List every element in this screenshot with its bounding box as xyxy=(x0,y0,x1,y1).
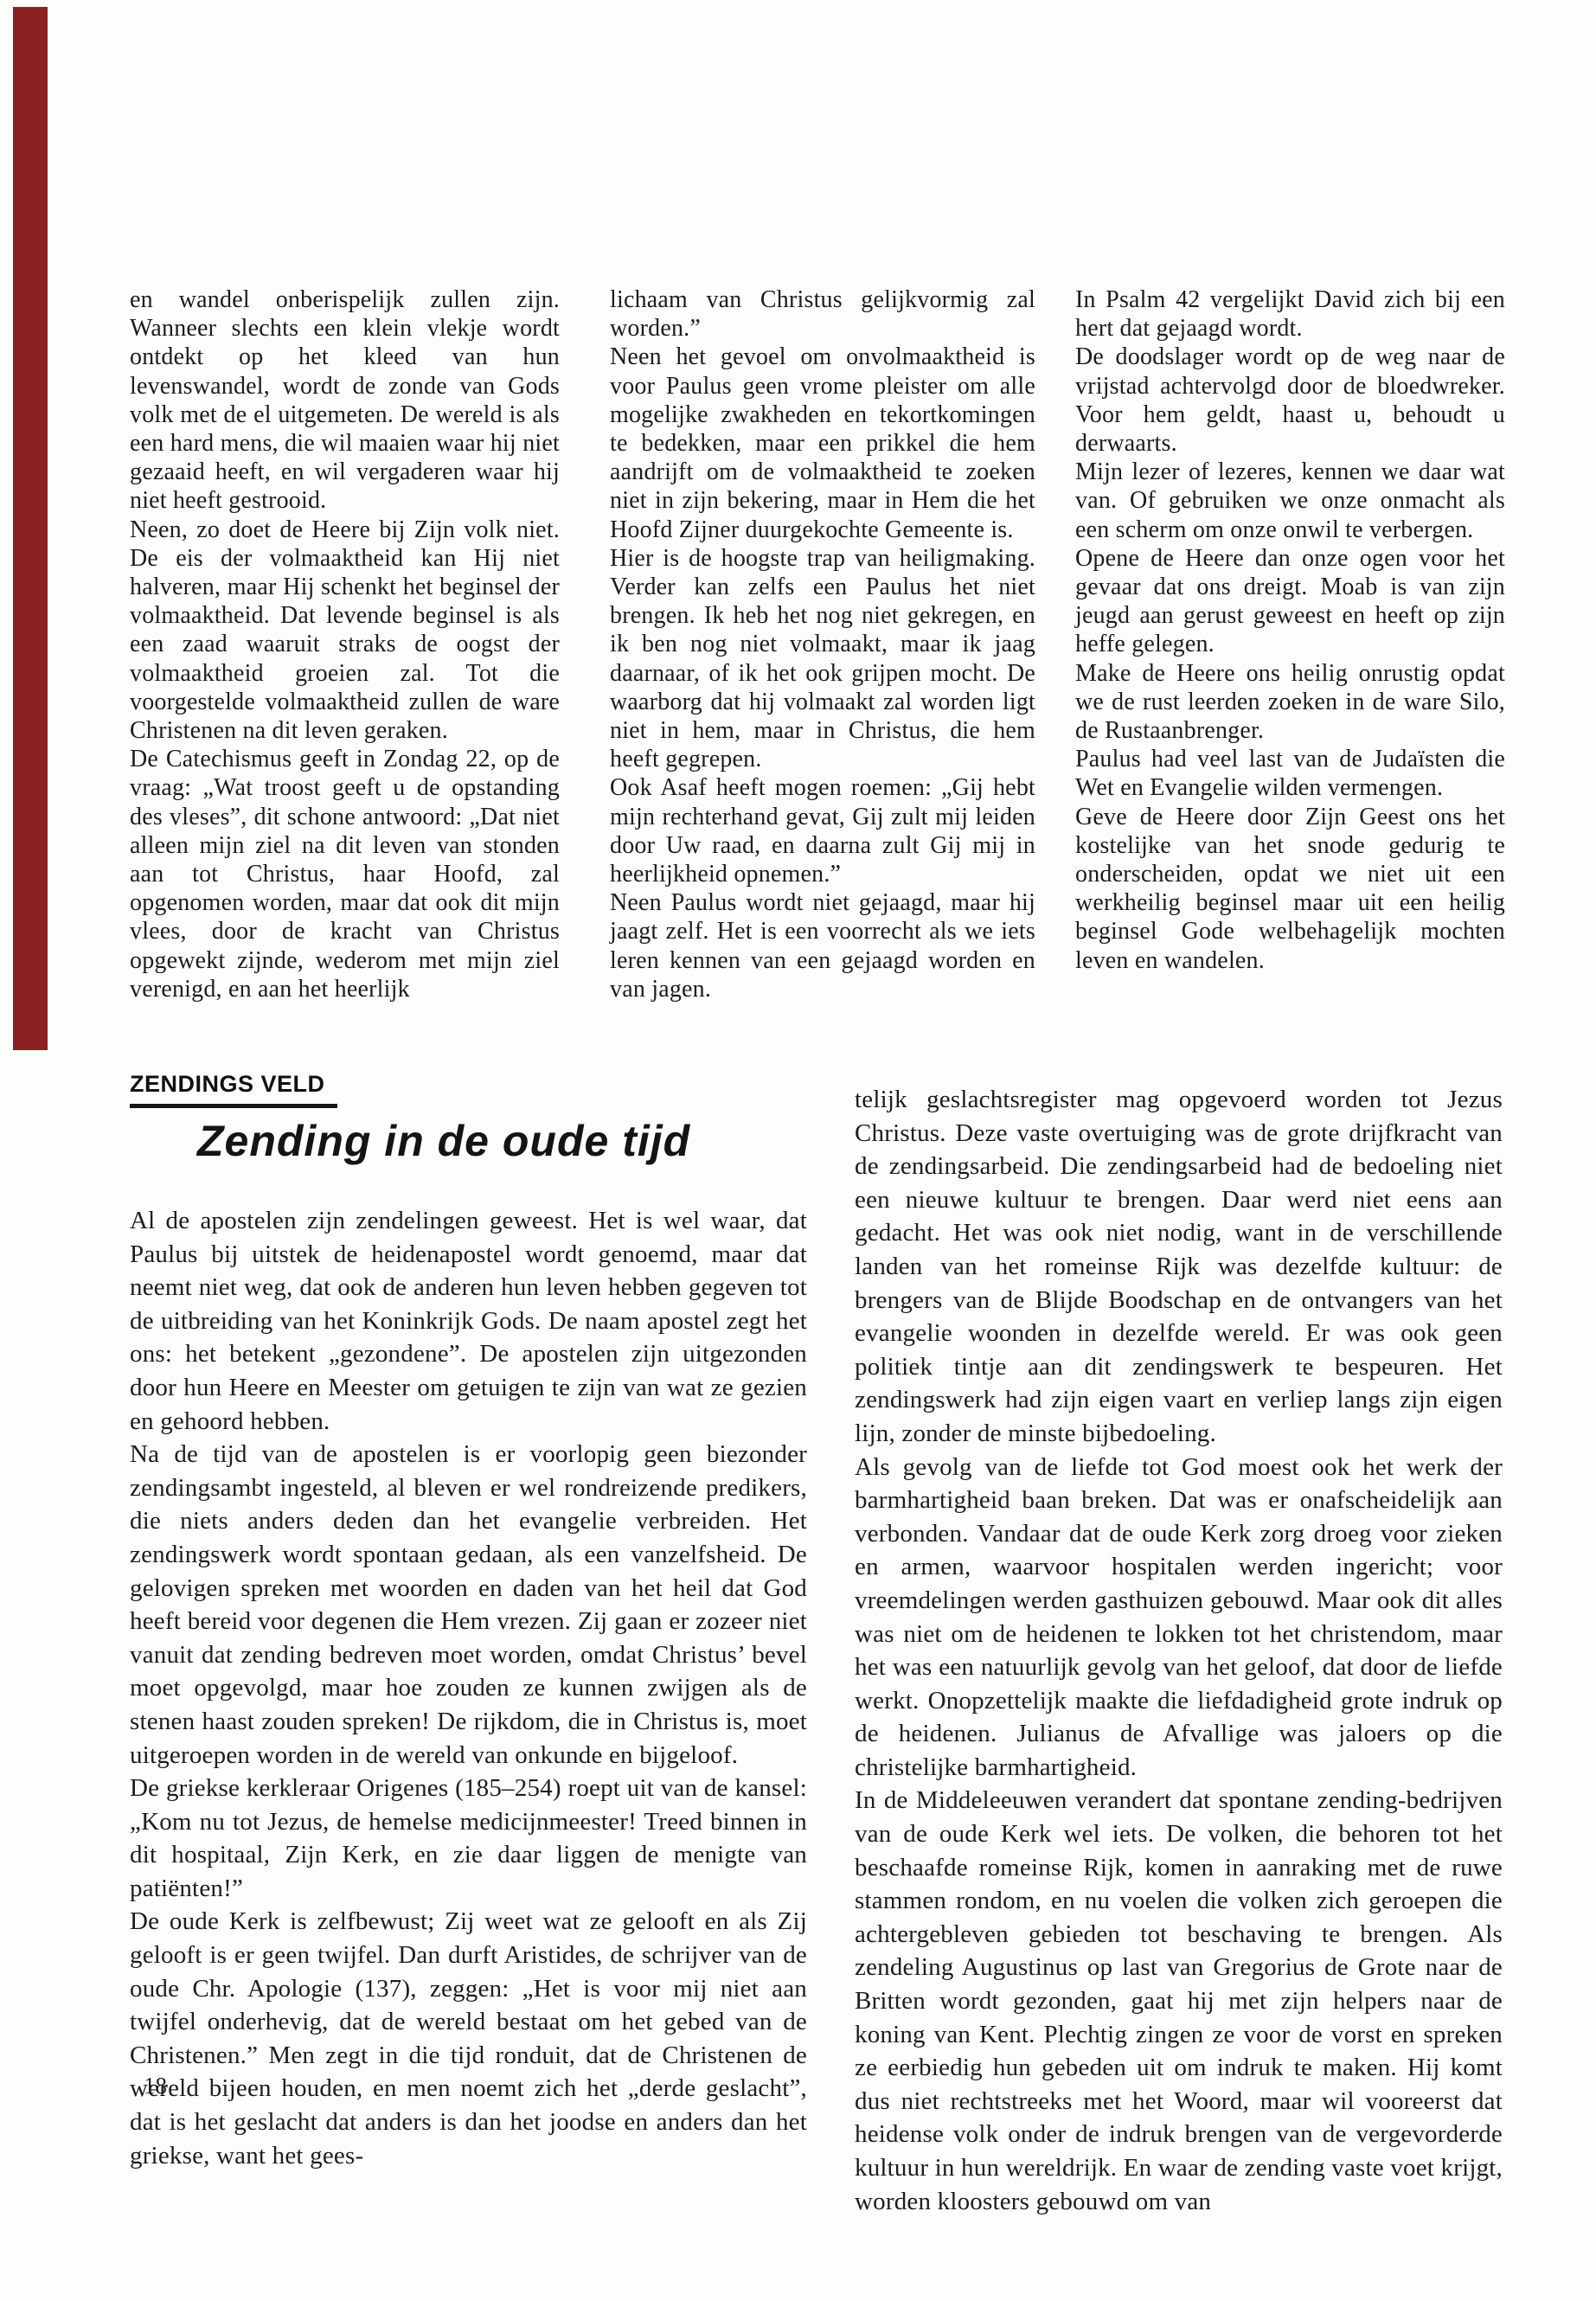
paragraph: Hier is de hoogste trap van heiligmaking… xyxy=(610,544,1035,774)
top-article-column-3: In Psalm 42 vergelijkt David zich bij ee… xyxy=(1075,285,1505,975)
paragraph: Na de tijd van de apostelen is er voorlo… xyxy=(130,1438,807,1772)
paragraph: Al de apostelen zijn zendelingen geweest… xyxy=(130,1204,807,1438)
article-title: Zending in de oude tijd xyxy=(197,1116,690,1166)
paragraph: telijk geslachtsregister mag opgevoerd w… xyxy=(855,1083,1503,1451)
paragraph: Geve de Heere door Zijn Geest ons het ko… xyxy=(1075,803,1505,975)
paragraph: Neen Paulus wordt niet gejaagd, maar hij… xyxy=(610,888,1035,1003)
paragraph: De doodslager wordt op de weg naar de vr… xyxy=(1075,343,1505,458)
paragraph: De Catechismus geeft in Zondag 22, op de… xyxy=(130,745,560,1003)
top-article-column-1: en wandel onberispelijk zullen zijn. Wan… xyxy=(130,285,560,1003)
section-kicker: ZENDINGS VELD xyxy=(130,1071,337,1108)
paragraph: Als gevolg van de liefde tot God moest o… xyxy=(855,1451,1503,1785)
magazine-page: en wandel onberispelijk zullen zijn. Wan… xyxy=(0,0,1596,2301)
mission-article-column-right: telijk geslachtsregister mag opgevoerd w… xyxy=(855,1083,1503,2218)
paragraph: Neen, zo doet de Heere bij Zijn volk nie… xyxy=(130,516,560,746)
paragraph: Paulus had veel last van de Judaïsten di… xyxy=(1075,745,1505,802)
page-number: 18 xyxy=(144,2073,167,2099)
top-article-column-2: lichaam van Christus gelijkvormig zal wo… xyxy=(610,285,1035,1003)
paragraph: Mijn lezer of lezeres, kennen we daar wa… xyxy=(1075,458,1505,544)
paragraph: Opene de Heere dan onze ogen voor het ge… xyxy=(1075,544,1505,659)
red-accent-bar xyxy=(13,7,48,1050)
mission-article-column-left: Al de apostelen zijn zendelingen geweest… xyxy=(130,1204,807,2172)
paragraph: In Psalm 42 vergelijkt David zich bij ee… xyxy=(1075,285,1505,343)
paragraph: In de Middeleeuwen verandert dat spontan… xyxy=(855,1784,1503,2218)
paragraph: De oude Kerk is zelfbewust; Zij weet wat… xyxy=(130,1905,807,2172)
paragraph: lichaam van Christus gelijkvormig zal wo… xyxy=(610,285,1035,343)
paragraph: Make de Heere ons heilig onrustig opdat … xyxy=(1075,659,1505,746)
paragraph: Ook Asaf heeft mogen roemen: „Gij hebt m… xyxy=(610,773,1035,888)
paragraph: en wandel onberispelijk zullen zijn. Wan… xyxy=(130,285,560,516)
paragraph: Neen het gevoel om onvolmaaktheid is voo… xyxy=(610,343,1035,543)
paragraph: De griekse kerkleraar Origenes (185–254)… xyxy=(130,1772,807,1905)
